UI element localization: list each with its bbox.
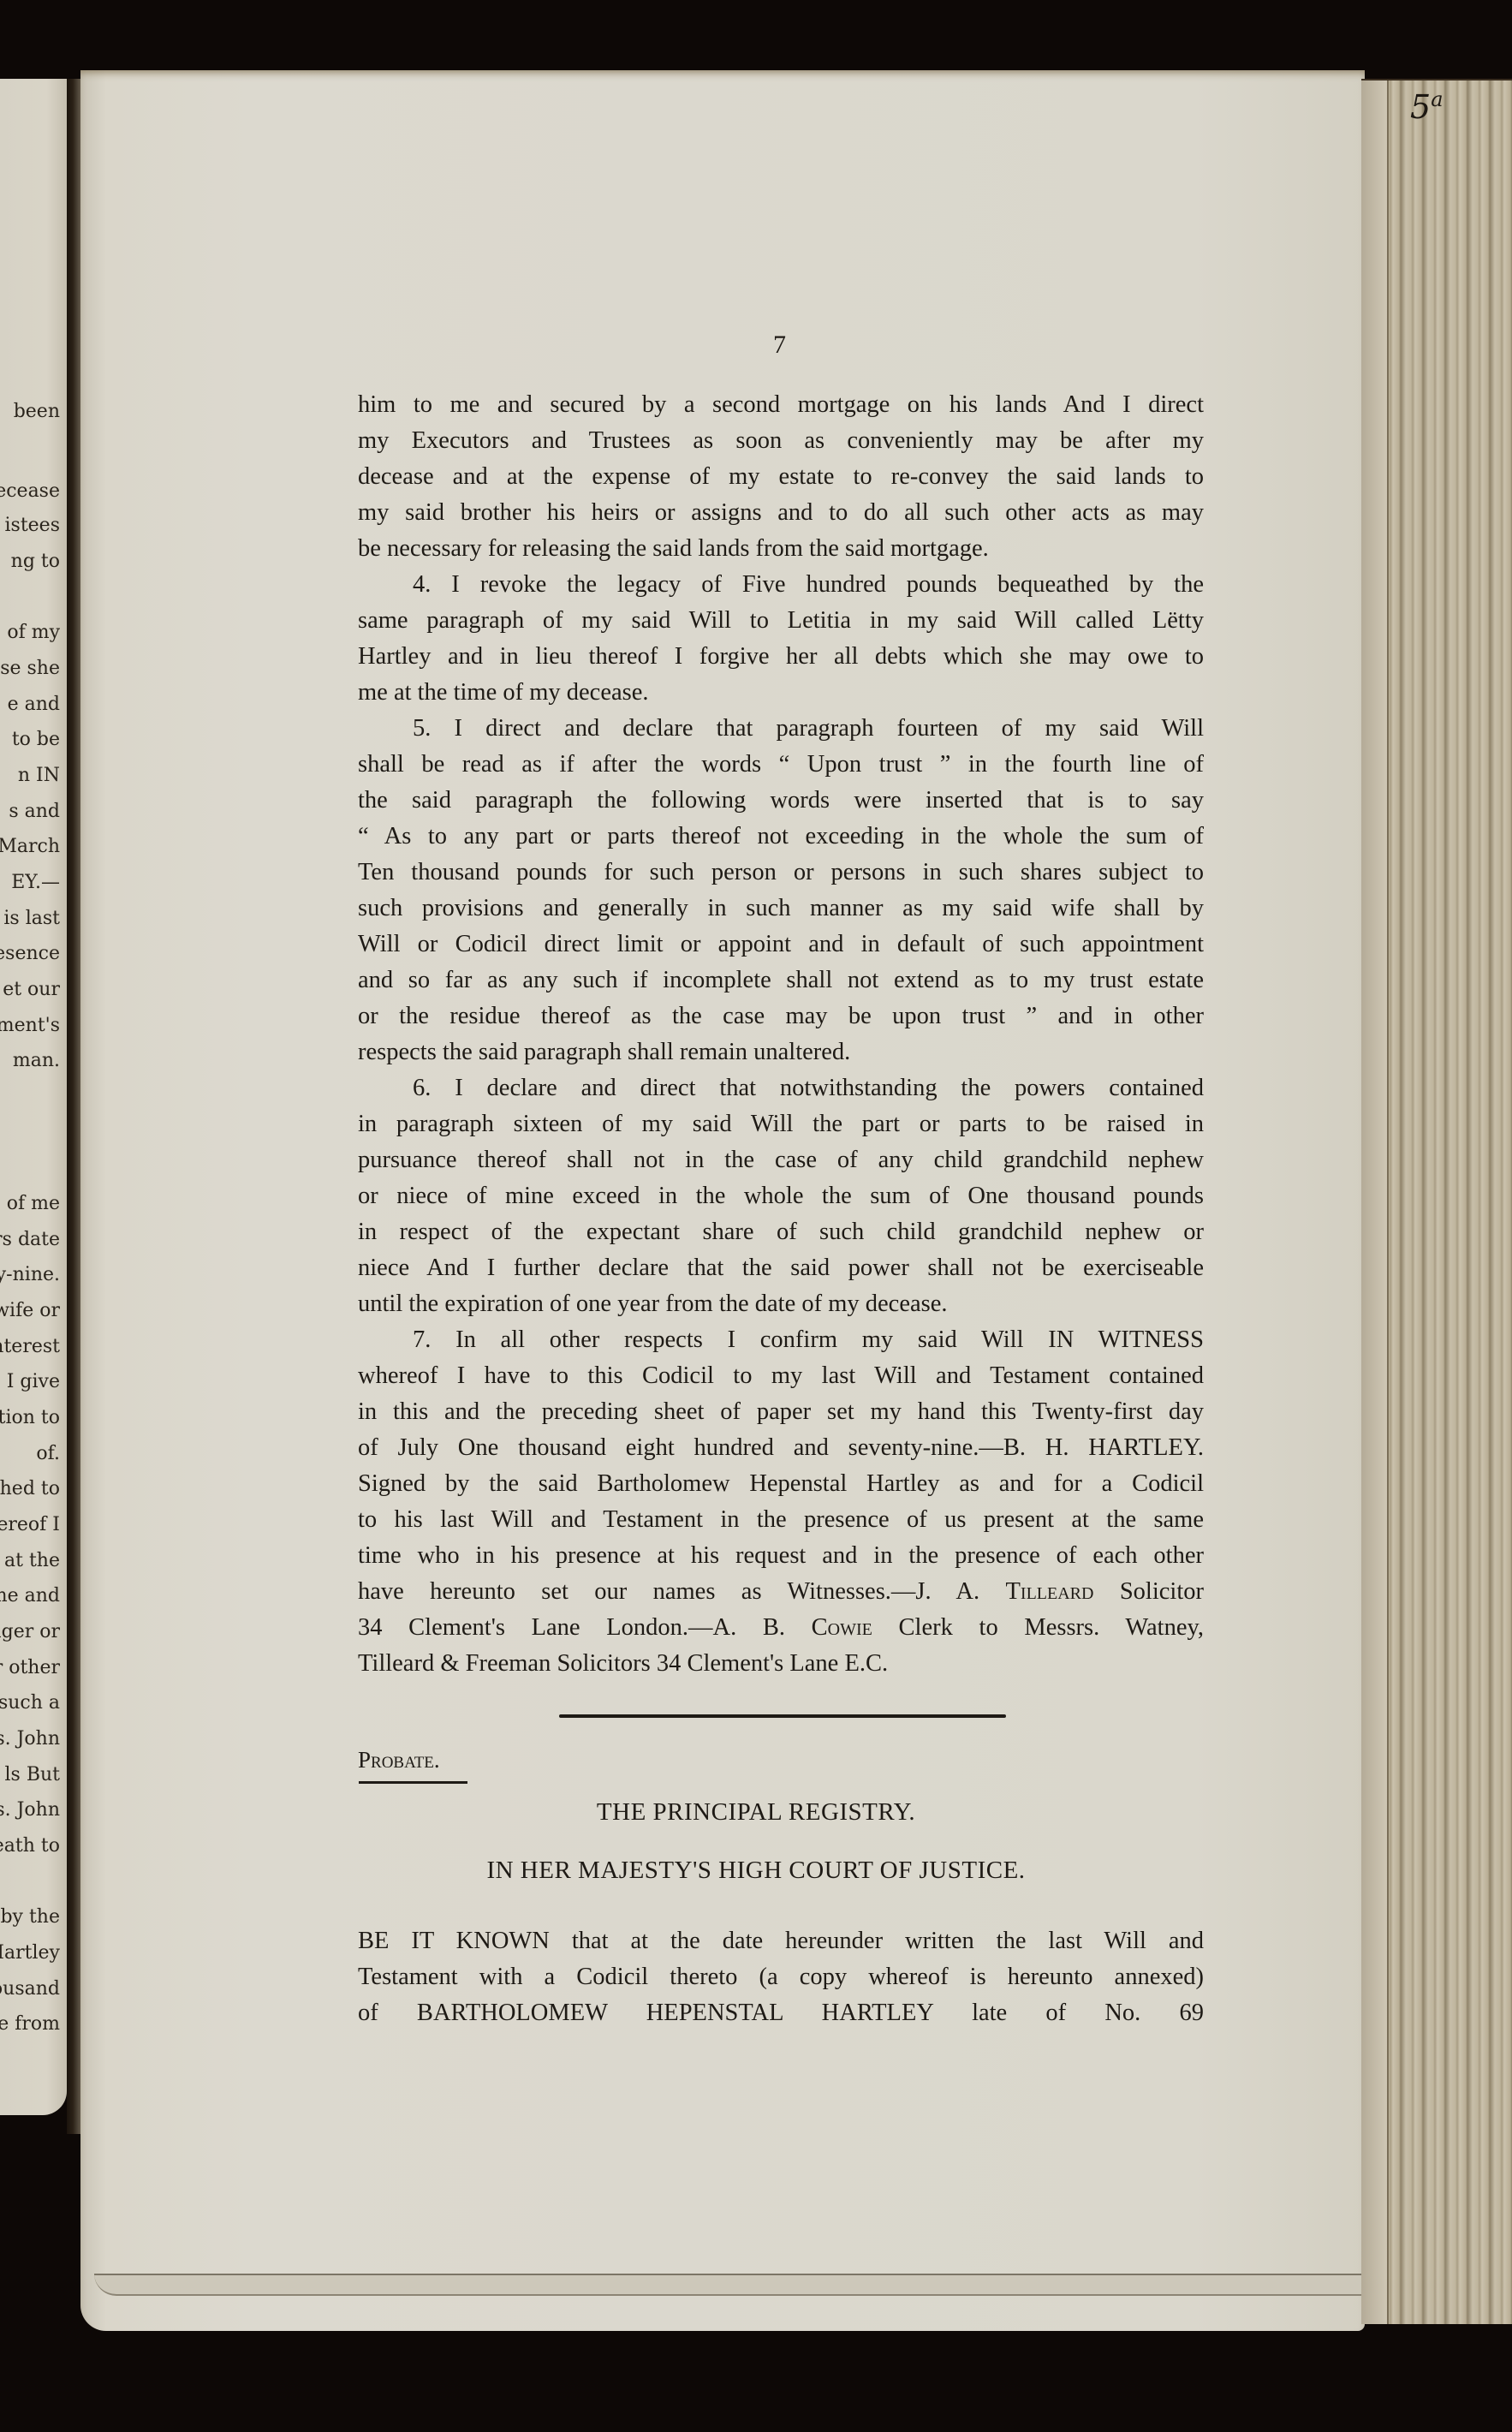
previous-page-text-fragment: is last	[3, 909, 60, 928]
previous-page-text-fragment: se she	[0, 659, 60, 678]
previous-page-text-fragment: of my	[7, 623, 60, 642]
text-line: to his last Will and Testament in the pr…	[358, 1502, 1204, 1538]
previous-page-text-fragment: Hartley	[0, 1944, 60, 1963]
previous-page-text-fragment: rs date	[0, 1231, 60, 1249]
previous-page-text-fragment: ng to	[11, 552, 60, 571]
previous-page-text-fragment: of.	[36, 1445, 60, 1463]
text-line: Signed by the said Bartholomew Hepenstal…	[358, 1466, 1204, 1502]
text-line: or niece of mine exceed in the whole the…	[358, 1178, 1204, 1214]
previous-page-text-fragment: n IN	[18, 766, 60, 785]
text-line: him to me and secured by a second mortga…	[358, 387, 1204, 423]
previous-page-text-fragment: man.	[13, 1052, 60, 1070]
previous-page-text-fragment: I give	[7, 1373, 60, 1392]
previous-page-text-fragment: y at the	[0, 1552, 60, 1571]
previous-page-text-fragment: been	[14, 402, 60, 421]
previous-page-text-fragment: nterest	[0, 1338, 60, 1356]
text-line: or the residue thereof as the case may b…	[358, 998, 1204, 1034]
previous-page-text-fragment: rs. John	[0, 1730, 60, 1749]
previous-page-text-fragment: ecease	[0, 482, 60, 501]
previous-page-text-fragment: etion to	[0, 1409, 60, 1428]
section-divider-rule	[559, 1714, 1006, 1718]
page-stack-fore-edge	[1361, 79, 1512, 2324]
previous-page-text-fragment: March	[0, 837, 60, 856]
previous-page-text-fragment: et our	[3, 981, 60, 999]
text-line: 34 Clement's Lane London.—A. B. Cowie Cl…	[358, 1610, 1204, 1646]
text-line: my said brother his heirs or assigns and…	[358, 495, 1204, 531]
paragraph-first-line: 7. In all other respects I confirm my sa…	[358, 1322, 1204, 1358]
text-line: same paragraph of my said Will to Letiti…	[358, 603, 1204, 639]
text-line: in paragraph sixteen of my said Will the…	[358, 1106, 1204, 1142]
text-line: of July One thousand eight hundred and s…	[358, 1430, 1204, 1466]
text-line: such provisions and generally in such ma…	[358, 891, 1204, 927]
previous-page-text-fragment: me and	[0, 1587, 60, 1606]
probate-label: Probate.	[358, 1747, 440, 1773]
text-line: the said paragraph the following words w…	[358, 783, 1204, 819]
text-line: time who in his presence at his request …	[358, 1538, 1204, 1574]
text-line: pursuance thereof shall not in the case …	[358, 1142, 1204, 1178]
previous-page-text-fragment: istees	[5, 516, 61, 535]
previous-page-text-fragment: ue from	[0, 2015, 60, 2034]
text-line: me at the time of my decease.	[358, 675, 1204, 711]
previous-page-text-fragment: EY.—	[11, 873, 60, 892]
previous-page-text-fragment: esence	[0, 945, 60, 963]
paragraph-first-line: 6. I declare and direct that notwithstan…	[358, 1070, 1204, 1106]
previous-page-text-fragment: ls But	[5, 1766, 61, 1785]
text-line: respects the said paragraph shall remain…	[358, 1034, 1204, 1070]
previous-page-text-fragment: e and	[8, 695, 60, 714]
paragraph-first-line: 4. I revoke the legacy of Five hundred p…	[358, 567, 1204, 603]
previous-page-text-fragment: eath to	[0, 1837, 60, 1856]
text-line: niece And I further declare that the sai…	[358, 1250, 1204, 1286]
text-line: my Executors and Trustees as soon as con…	[358, 423, 1204, 459]
folio-suffix: a	[1431, 87, 1443, 111]
registry-heading: THE PRINCIPAL REGISTRY.	[0, 1798, 1512, 1827]
folio-number: 5	[1410, 88, 1431, 126]
previous-page-text-fragment: s and	[9, 802, 60, 821]
previous-page-text-fragment: housand	[0, 1980, 60, 1999]
text-line: be necessary for releasing the said land…	[358, 531, 1204, 567]
page-bottom-edge	[94, 2274, 1378, 2296]
text-line: whereof I have to this Codicil to my las…	[358, 1358, 1204, 1394]
page-number: 7	[773, 331, 786, 360]
probate-text-line: of BARTHOLOMEW HEPENSTAL HARTLEY late of…	[358, 1995, 1204, 2031]
previous-page-text-fragment: to be	[12, 730, 60, 749]
text-line: Hartley and in lieu thereof I forgive he…	[358, 639, 1204, 675]
text-line: in respect of the expectant share of suc…	[358, 1214, 1204, 1250]
next-page-lip	[1361, 80, 1389, 2324]
previous-page-text-fragment: ereof I	[0, 1516, 60, 1535]
text-line: decease and at the expense of my estate …	[358, 459, 1204, 495]
text-line: Will or Codicil direct limit or appoint …	[358, 927, 1204, 963]
previous-page-text-fragment: d by the	[0, 1908, 60, 1927]
text-line: shall be read as if after the words “ Up…	[358, 747, 1204, 783]
previous-page-text-fragment: ment's	[0, 1016, 60, 1035]
probate-text-line: Testament with a Codicil thereto (a copy…	[358, 1959, 1204, 1995]
text-line: “ As to any part or parts thereof not ex…	[358, 819, 1204, 855]
text-line: Tilleard & Freeman Solicitors 34 Clement…	[358, 1646, 1204, 1682]
court-heading: IN HER MAJESTY'S HIGH COURT OF JUSTICE.	[0, 1857, 1512, 1885]
text-line: in this and the preceding sheet of paper…	[358, 1394, 1204, 1430]
previous-page-text-fragment: thed to	[0, 1480, 60, 1499]
previous-page-text-fragment: such a	[0, 1694, 60, 1713]
previous-page-text-fragment: wife or	[0, 1302, 60, 1320]
previous-page-text-fragment: lger or	[0, 1623, 60, 1642]
text-line: and so far as any such if incomplete sha…	[358, 963, 1204, 998]
text-line: Ten thousand pounds for such person or p…	[358, 855, 1204, 891]
previous-page-text-fragment: of me	[7, 1195, 60, 1213]
text-line: until the expiration of one year from th…	[358, 1286, 1204, 1322]
text-line: have hereunto set our names as Witnesses…	[358, 1574, 1204, 1610]
probate-text-line: BE IT KNOWN that at the date hereunder w…	[358, 1923, 1204, 1959]
paragraph-first-line: 5. I direct and declare that paragraph f…	[358, 711, 1204, 747]
previous-page-text-fragment: y-nine.	[0, 1266, 60, 1285]
handwritten-folio-annotation: 5a	[1410, 89, 1444, 123]
probate-label-underline	[359, 1781, 467, 1784]
previous-page-text-fragment: or other	[0, 1659, 60, 1678]
